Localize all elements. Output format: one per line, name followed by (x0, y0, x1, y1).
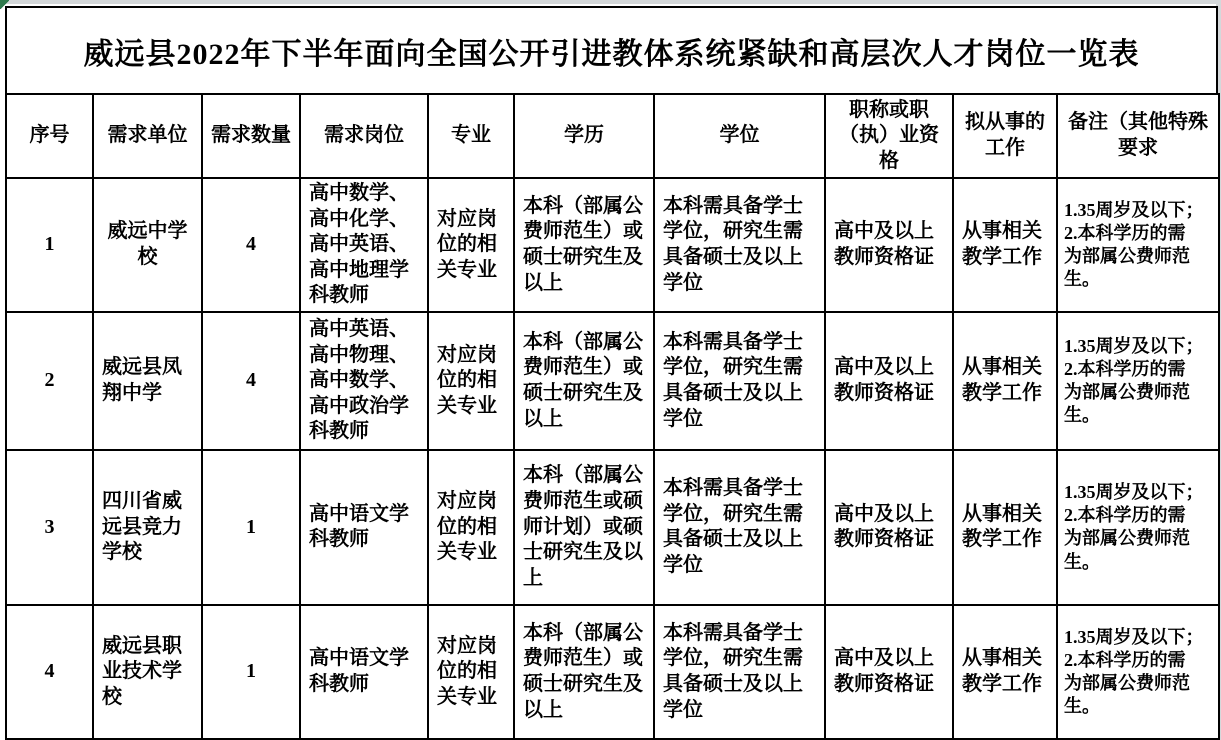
header-major: 专业 (428, 94, 514, 178)
cell-remark: 1.35周岁及以下； 2.本科学历的需 为部属公费师范 生。 (1057, 450, 1219, 605)
window-top-edge (0, 0, 1221, 4)
cell-index: 3 (6, 450, 93, 605)
cell-degree: 本科需具备学士学位，研究生需具备硕士及以上学位 (654, 312, 825, 450)
cell-unit: 威远中学校 (93, 178, 202, 312)
cell-major: 对应岗位的相关专业 (428, 178, 514, 312)
cell-education: 本科（部属公费师范生）或硕士研究生及以上 (514, 178, 654, 312)
cell-position: 高中语文学科教师 (300, 605, 428, 740)
cell-major: 对应岗位的相关专业 (428, 450, 514, 605)
header-index: 序号 (6, 94, 93, 178)
cell-qualification: 高中及以上教师资格证 (825, 178, 953, 312)
cell-count: 1 (202, 605, 300, 740)
cell-position: 高中英语、高中物理、高中数学、高中政治学科教师 (300, 312, 428, 450)
cell-unit: 四川省威远县竞力学校 (93, 450, 202, 605)
cell-qualification: 高中及以上教师资格证 (825, 450, 953, 605)
cell-position: 高中语文学科教师 (300, 450, 428, 605)
table-sheet: 威远县2022年下半年面向全国公开引进教体系统紧缺和高层次人才岗位一览表 序号 … (5, 6, 1218, 740)
cell-education: 本科（部属公费师范生或硕师计划）或硕士研究生及以上 (514, 450, 654, 605)
cell-work: 从事相关教学工作 (953, 178, 1057, 312)
header-degree: 学位 (654, 94, 825, 178)
cell-index: 4 (6, 605, 93, 740)
cell-unit: 威远县凤翔中学 (93, 312, 202, 450)
cell-unit: 威远县职业技术学校 (93, 605, 202, 740)
cell-qualification: 高中及以上教师资格证 (825, 312, 953, 450)
cell-major: 对应岗位的相关专业 (428, 605, 514, 740)
cell-remark: 1.35周岁及以下； 2.本科学历的需 为部属公费师范 生。 (1057, 178, 1219, 312)
cell-work: 从事相关教学工作 (953, 312, 1057, 450)
cell-count: 1 (202, 450, 300, 605)
cell-work: 从事相关教学工作 (953, 605, 1057, 740)
cell-index: 2 (6, 312, 93, 450)
table-row: 1 威远中学校 4 高中数学、高中化学、高中英语、高中地理学科教师 对应岗位的相… (6, 178, 1219, 312)
cell-count: 4 (202, 312, 300, 450)
cell-degree: 本科需具备学士学位，研究生需具备硕士及以上学位 (654, 178, 825, 312)
header-position: 需求岗位 (300, 94, 428, 178)
header-count: 需求数量 (202, 94, 300, 178)
table-row: 3 四川省威远县竞力学校 1 高中语文学科教师 对应岗位的相关专业 本科（部属公… (6, 450, 1219, 605)
cell-remark: 1.35周岁及以下； 2.本科学历的需 为部属公费师范 生。 (1057, 605, 1219, 740)
page-title: 威远县2022年下半年面向全国公开引进教体系统紧缺和高层次人才岗位一览表 (84, 29, 1140, 73)
header-education: 学历 (514, 94, 654, 178)
cell-position: 高中数学、高中化学、高中英语、高中地理学科教师 (300, 178, 428, 312)
cell-education: 本科（部属公费师范生）或硕士研究生及以上 (514, 605, 654, 740)
cell-major: 对应岗位的相关专业 (428, 312, 514, 450)
header-remark: 备注（其他特殊要求 (1057, 94, 1219, 178)
header-unit: 需求单位 (93, 94, 202, 178)
cell-degree: 本科需具备学士学位，研究生需具备硕士及以上学位 (654, 605, 825, 740)
cell-qualification: 高中及以上教师资格证 (825, 605, 953, 740)
cell-index: 1 (6, 178, 93, 312)
cell-count: 4 (202, 178, 300, 312)
header-row: 序号 需求单位 需求数量 需求岗位 专业 学历 学位 职称或职（执）业资格 拟从… (6, 94, 1219, 178)
header-qualification: 职称或职（执）业资格 (825, 94, 953, 178)
title-cell: 威远县2022年下半年面向全国公开引进教体系统紧缺和高层次人才岗位一览表 (5, 6, 1218, 93)
cell-remark: 1.35周岁及以下； 2.本科学历的需 为部属公费师范 生。 (1057, 312, 1219, 450)
positions-table: 序号 需求单位 需求数量 需求岗位 专业 学历 学位 职称或职（执）业资格 拟从… (5, 93, 1220, 740)
cell-education: 本科（部属公费师范生）或硕士研究生及以上 (514, 312, 654, 450)
table-row: 4 威远县职业技术学校 1 高中语文学科教师 对应岗位的相关专业 本科（部属公费… (6, 605, 1219, 740)
document-page: 威远县2022年下半年面向全国公开引进教体系统紧缺和高层次人才岗位一览表 序号 … (0, 0, 1221, 740)
cell-degree: 本科需具备学士学位，研究生需具备硕士及以上学位 (654, 450, 825, 605)
header-work: 拟从事的工作 (953, 94, 1057, 178)
table-row: 2 威远县凤翔中学 4 高中英语、高中物理、高中数学、高中政治学科教师 对应岗位… (6, 312, 1219, 450)
cell-work: 从事相关教学工作 (953, 450, 1057, 605)
